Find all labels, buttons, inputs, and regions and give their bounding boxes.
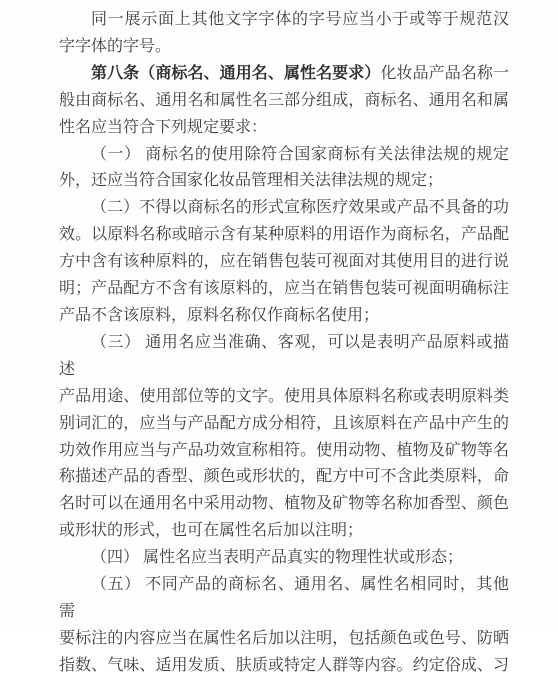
text-line: 产品用途、使用部位等的文字。使用具体原料名称或表明原料类 <box>59 384 509 411</box>
text-run: 明；产品配方不含有该原料的，应当在销售包装可视面明确标注 <box>59 280 509 297</box>
text-line: （四） 属性名应当表明产品真实的物理性状或形态； <box>59 545 509 572</box>
text-run: 字字体的字号。 <box>59 38 171 55</box>
text-line: （三） 通用名应当准确、客观，可以是表明产品原料或描述 <box>59 330 509 384</box>
text-line: 般由商标名、通用名和属性名三部分组成，商标名、通用名和属 <box>59 88 509 115</box>
text-line: 字字体的字号。 <box>59 34 509 61</box>
text-run: 外，还应当符合国家化妆品管理相关法律法规的规定； <box>59 172 443 189</box>
text-run: （一） 商标名的使用除符合国家商标有关法律法规的规定 <box>91 146 509 163</box>
text-line: 称描述产品的香型、颜色或形状的，配方中可不含此类原料，命 <box>59 464 509 491</box>
text-line: 同一展示面上其他文字字体的字号应当小于或等于规范汉 <box>59 7 509 34</box>
text-run: 性名应当符合下列规定要求： <box>59 119 267 136</box>
text-line: 功效作用应当与产品功效宣称相符。使用动物、植物及矿物等名 <box>59 438 509 465</box>
text-line: 性名应当符合下列规定要求： <box>59 115 509 142</box>
text-line: （一） 商标名的使用除符合国家商标有关法律法规的规定 <box>59 142 509 169</box>
text-run: 同一展示面上其他文字字体的字号应当小于或等于规范汉 <box>91 11 509 28</box>
document-body: 同一展示面上其他文字字体的字号应当小于或等于规范汉字字体的字号。第八条（商标名、… <box>59 7 509 633</box>
text-run: 产品不含该原料，原料名称仅作商标名使用； <box>59 307 379 324</box>
text-run: 效。以原料名称或暗示含有某种原料的用语作为商标名，产品配 <box>59 226 509 243</box>
text-run: 方中含有该种原料的，应在销售包装可视面对其使用目的进行说 <box>59 253 509 270</box>
text-run: 化妆品产品名称一 <box>380 65 509 82</box>
text-line: 要标注的内容应当在属性名后加以注明，包括颜色或色号、防晒 <box>59 626 509 633</box>
text-line: 别词汇的，应当与产品配方成分相符，且该原料在产品中产生的 <box>59 411 509 438</box>
text-line: 明；产品配方不含有该原料的，应当在销售包装可视面明确标注 <box>59 276 509 303</box>
text-run: 产品用途、使用部位等的文字。使用具体原料名称或表明原料类 <box>59 388 509 405</box>
text-line: 第八条（商标名、通用名、属性名要求）化妆品产品名称一 <box>59 61 509 88</box>
text-run: 别词汇的，应当与产品配方成分相符，且该原料在产品中产生的 <box>59 415 509 432</box>
text-line: （五） 不同产品的商标名、通用名、属性名相同时，其他需 <box>59 572 509 626</box>
text-run: （五） 不同产品的商标名、通用名、属性名相同时，其他需 <box>59 576 509 620</box>
document-page: 同一展示面上其他文字字体的字号应当小于或等于规范汉字字体的字号。第八条（商标名、… <box>0 0 558 633</box>
text-line: 名时可以在通用名中采用动物、植物及矿物等名称加香型、颜色 <box>59 491 509 518</box>
text-line: 方中含有该种原料的，应在销售包装可视面对其使用目的进行说 <box>59 249 509 276</box>
text-run: 般由商标名、通用名和属性名三部分组成，商标名、通用名和属 <box>59 92 509 109</box>
text-line: 或形状的形式，也可在属性名后加以注明； <box>59 518 509 545</box>
text-line: 产品不含该原料，原料名称仅作商标名使用； <box>59 303 509 330</box>
text-run: （三） 通用名应当准确、客观，可以是表明产品原料或描述 <box>59 334 509 378</box>
text-run: 称描述产品的香型、颜色或形状的，配方中可不含此类原料，命 <box>59 468 509 485</box>
text-line: （二）不得以商标名的形式宣称医疗效果或产品不具备的功 <box>59 195 509 222</box>
text-line: 外，还应当符合国家化妆品管理相关法律法规的规定； <box>59 168 509 195</box>
text-run: 或形状的形式，也可在属性名后加以注明； <box>59 522 363 539</box>
text-line: 效。以原料名称或暗示含有某种原料的用语作为商标名，产品配 <box>59 222 509 249</box>
text-run: （四） 属性名应当表明产品真实的物理性状或形态； <box>91 549 463 566</box>
text-run: 功效作用应当与产品功效宣称相符。使用动物、植物及矿物等名 <box>59 442 509 459</box>
text-run: （二）不得以商标名的形式宣称医疗效果或产品不具备的功 <box>91 199 509 216</box>
text-run: 名时可以在通用名中采用动物、植物及矿物等名称加香型、颜色 <box>59 495 509 512</box>
article-heading-run: 第八条（商标名、通用名、属性名要求） <box>91 65 380 82</box>
